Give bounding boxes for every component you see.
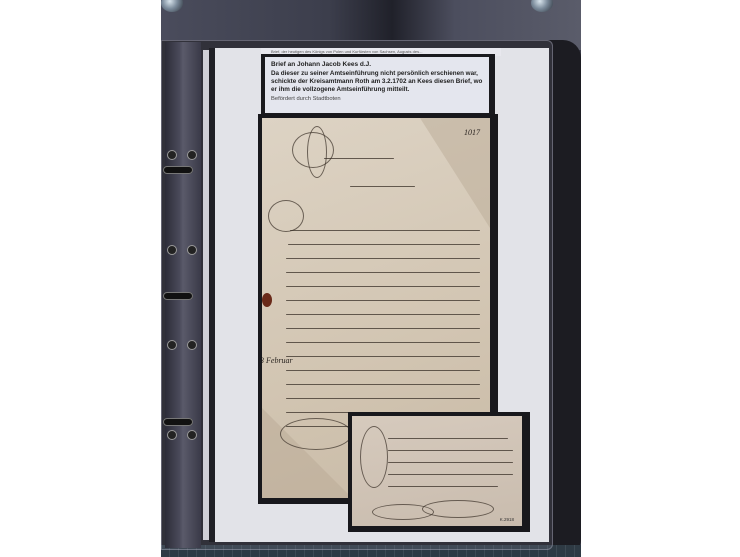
- page-divider-strip: [209, 48, 215, 542]
- punch-hole: [167, 150, 177, 160]
- caption-body: Da dieser zu seiner Amtseinführung nicht…: [271, 70, 483, 94]
- address-line: [388, 450, 513, 451]
- script-line: [286, 300, 480, 301]
- album-photo: Brief, der heutigen des Königs von Polen…: [161, 0, 581, 557]
- address-line: [388, 462, 513, 463]
- script-line: [286, 370, 480, 371]
- script-line: [286, 286, 480, 287]
- address-line: [388, 474, 513, 475]
- address-line: [388, 438, 508, 439]
- folded-cover: K.2918: [352, 416, 522, 526]
- script-line: [286, 356, 480, 357]
- script-line: [286, 398, 480, 399]
- punch-hole: [167, 245, 177, 255]
- punch-hole: [187, 340, 197, 350]
- cover-mount: K.2918: [348, 412, 530, 532]
- wax-seal: [262, 293, 272, 307]
- binder-ring-icon: [163, 418, 193, 426]
- calligraphic-flourish: [422, 500, 494, 518]
- script-line: [286, 342, 480, 343]
- punch-hole: [167, 430, 177, 440]
- binder-ring-icon: [163, 166, 193, 174]
- calligraphic-flourish: [280, 418, 352, 450]
- calligraphic-flourish: [268, 200, 304, 232]
- cover-reference: K.2918: [500, 517, 514, 522]
- punch-hole: [187, 430, 197, 440]
- calligraphic-flourish: [360, 426, 388, 488]
- punch-hole: [167, 340, 177, 350]
- document-number: 1017: [464, 128, 480, 137]
- script-line: [286, 258, 480, 259]
- script-line: [286, 314, 480, 315]
- margin-note: 3 Februar: [262, 356, 293, 365]
- script-line: [286, 272, 480, 273]
- punch-hole: [187, 245, 197, 255]
- caption-frame: Brief an Johann Jacob Kees d.J. Da diese…: [261, 54, 495, 116]
- address-line: [388, 486, 498, 487]
- script-line: [324, 158, 394, 159]
- script-line: [350, 186, 415, 187]
- script-line: [290, 230, 480, 231]
- script-line: [288, 244, 480, 245]
- punch-hole: [187, 150, 197, 160]
- script-line: [286, 328, 480, 329]
- calligraphic-flourish: [307, 126, 327, 178]
- caption-note: Befördert durch Stadtboten: [271, 96, 483, 102]
- caption-card: Brief an Johann Jacob Kees d.J. Da diese…: [265, 57, 489, 113]
- caption-title: Brief an Johann Jacob Kees d.J.: [271, 61, 483, 68]
- binder-ring-icon: [163, 292, 193, 300]
- script-line: [286, 384, 480, 385]
